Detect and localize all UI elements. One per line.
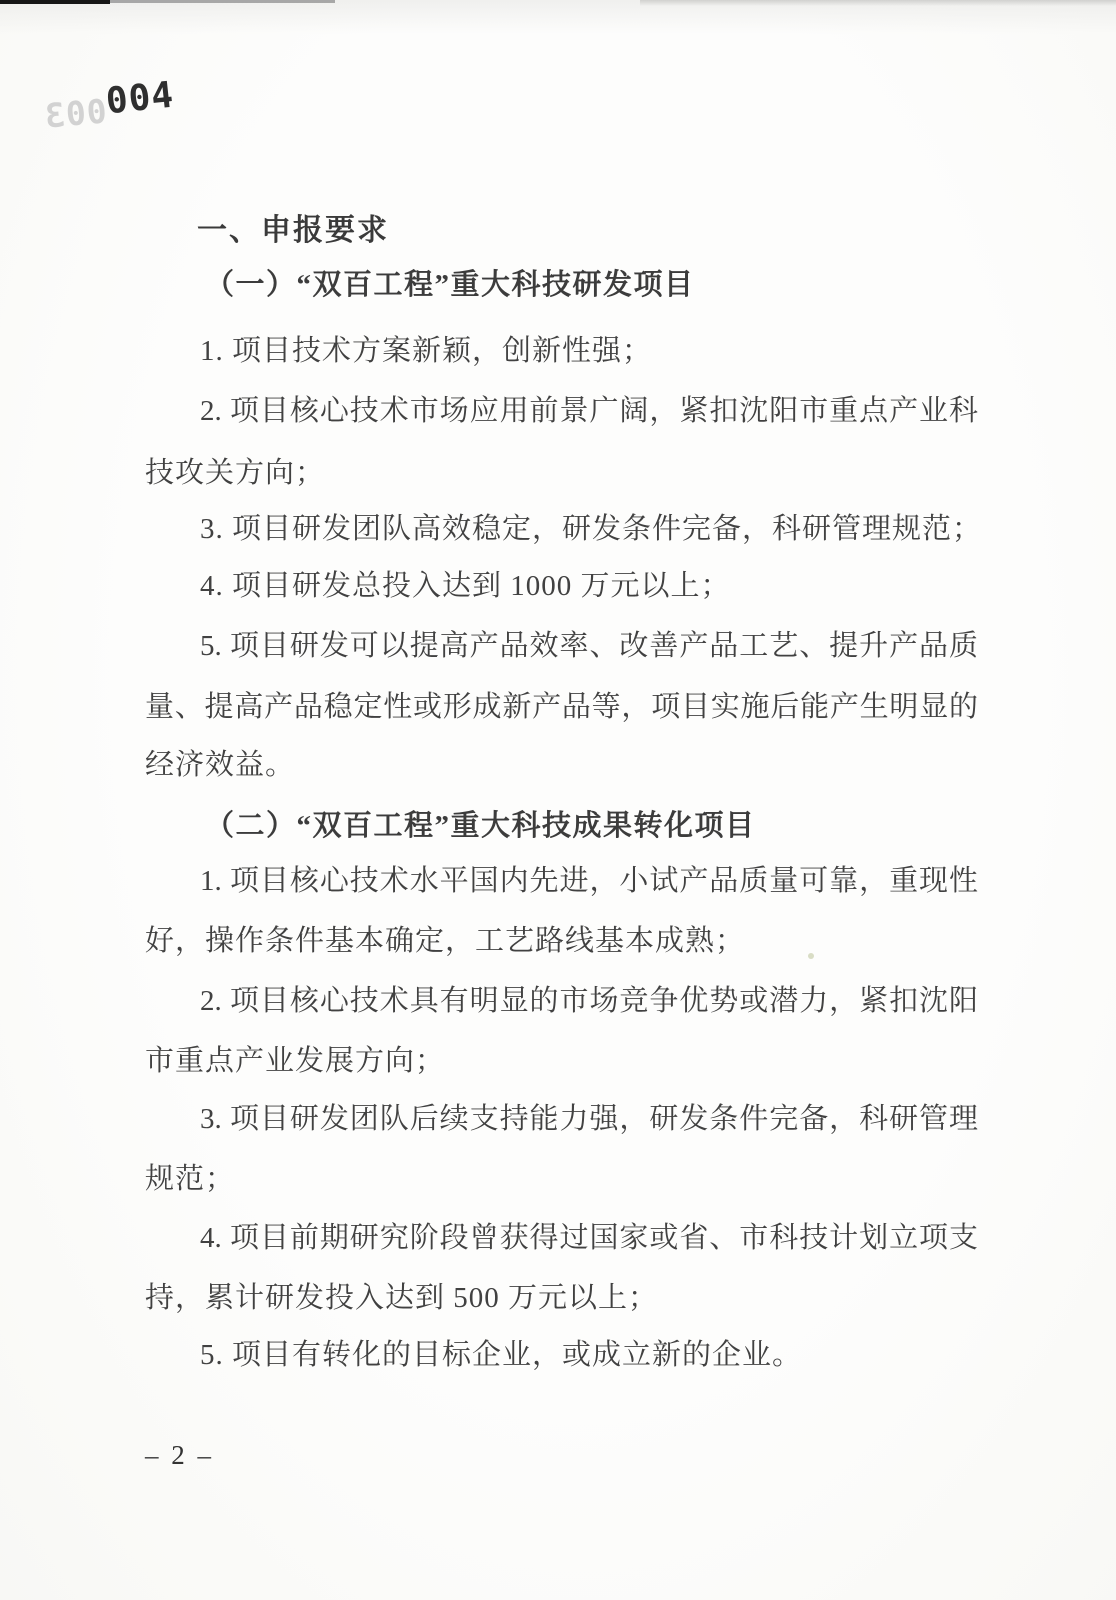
item-2-3-line-1: 3. 项目研发团队后续支持能力强，研发条件完备，科研管理 xyxy=(200,1098,978,1140)
page-stamp-ghost: 003 xyxy=(42,91,108,135)
item-1-5-line-3: 经济效益。 xyxy=(145,744,295,786)
item-2-1-line-2: 好，操作条件基本确定，工艺路线基本成熟； xyxy=(145,920,745,962)
scan-edge-artifact-faint xyxy=(640,0,1116,6)
item-1-3: 3. 项目研发团队高效稳定，研发条件完备，科研管理规范； xyxy=(200,508,982,550)
item-2-4-line-1: 4. 项目前期研究阶段曾获得过国家或省、市科技计划立项支 xyxy=(200,1217,978,1259)
item-2-2-line-2: 市重点产业发展方向； xyxy=(145,1040,445,1082)
item-2-1-line-1: 1. 项目核心技术水平国内先进，小试产品质量可靠，重现性 xyxy=(200,860,978,902)
subheading-section-2: （二）“双百工程”重大科技成果转化项目 xyxy=(205,805,756,847)
subheading-section-1: （一）“双百工程”重大科技研发项目 xyxy=(205,264,695,306)
item-1-2-line-1: 2. 项目核心技术市场应用前景广阔，紧扣沈阳市重点产业科 xyxy=(200,390,978,432)
scan-edge-artifact-dark xyxy=(0,0,110,4)
item-2-3-line-2: 规范； xyxy=(145,1158,235,1200)
heading-application-requirements: 一、申报要求 xyxy=(197,210,389,252)
item-2-2-line-1: 2. 项目核心技术具有明显的市场竞争优势或潜力，紧扣沈阳 xyxy=(200,980,978,1022)
item-2-5: 5. 项目有转化的目标企业，或成立新的企业。 xyxy=(200,1334,802,1376)
scan-edge-artifact-gray xyxy=(110,0,335,3)
item-1-2-line-2: 技攻关方向； xyxy=(145,452,325,494)
item-1-5-line-2: 量、提高产品稳定性或形成新产品等，项目实施后能产生明显的 xyxy=(145,686,978,728)
scan-speck xyxy=(808,953,814,959)
item-2-4-line-2: 持，累计研发投入达到 500 万元以上； xyxy=(145,1277,658,1319)
page-stamp: 004 xyxy=(104,75,176,123)
page-number: – 2 – xyxy=(145,1440,214,1471)
item-1-5-line-1: 5. 项目研发可以提高产品效率、改善产品工艺、提升产品质 xyxy=(200,625,978,667)
item-1-4: 4. 项目研发总投入达到 1000 万元以上； xyxy=(200,565,731,607)
item-1-1: 1. 项目技术方案新颖，创新性强； xyxy=(200,330,652,372)
scanned-document-page: 003 004 一、申报要求（一）“双百工程”重大科技研发项目1. 项目技术方案… xyxy=(0,0,1116,1600)
